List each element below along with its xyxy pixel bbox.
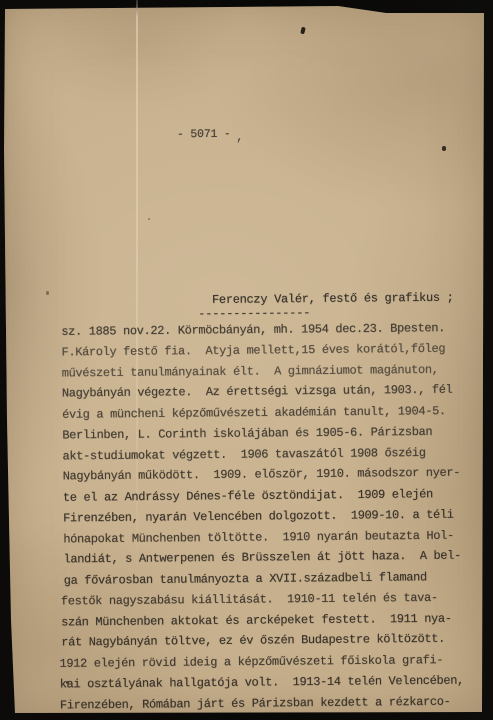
typewritten-line: 1912 elején rövid ideig a képzőművészeti… [59,650,488,675]
page-number: - 5071 - [177,128,231,141]
typewritten-line: festők nagyszabásu kiállitását. 1910-11 … [61,587,488,612]
typewritten-line: évig a müncheni képzőművészeti akadémián… [62,401,486,426]
scanned-page-photo: - 5071 - , Ferenczy Valér, festő és graf… [0,0,493,720]
entry-body: sz. 1885 nov.22. Körmöcbányán, mh. 1954 … [61,317,489,715]
typescript-text-block: Ferenczy Valér, festő és grafikus ; ----… [61,289,489,715]
typewritten-line: hónapokat Münchenben töltötte. 1910 nyar… [63,525,487,550]
stray-ink-mark: , [236,129,244,144]
ink-speck [148,218,150,220]
ink-speck [46,291,49,295]
typewritten-line: te el az Andrássy Dénes-féle ösztöndijat… [63,484,487,509]
typewritten-line: művészeti tanulmányainak élt. A gimnáziu… [62,359,486,384]
typewritten-line: Firenzében, Rómában járt és Párizsban ke… [60,691,489,716]
ink-speck [442,146,446,151]
